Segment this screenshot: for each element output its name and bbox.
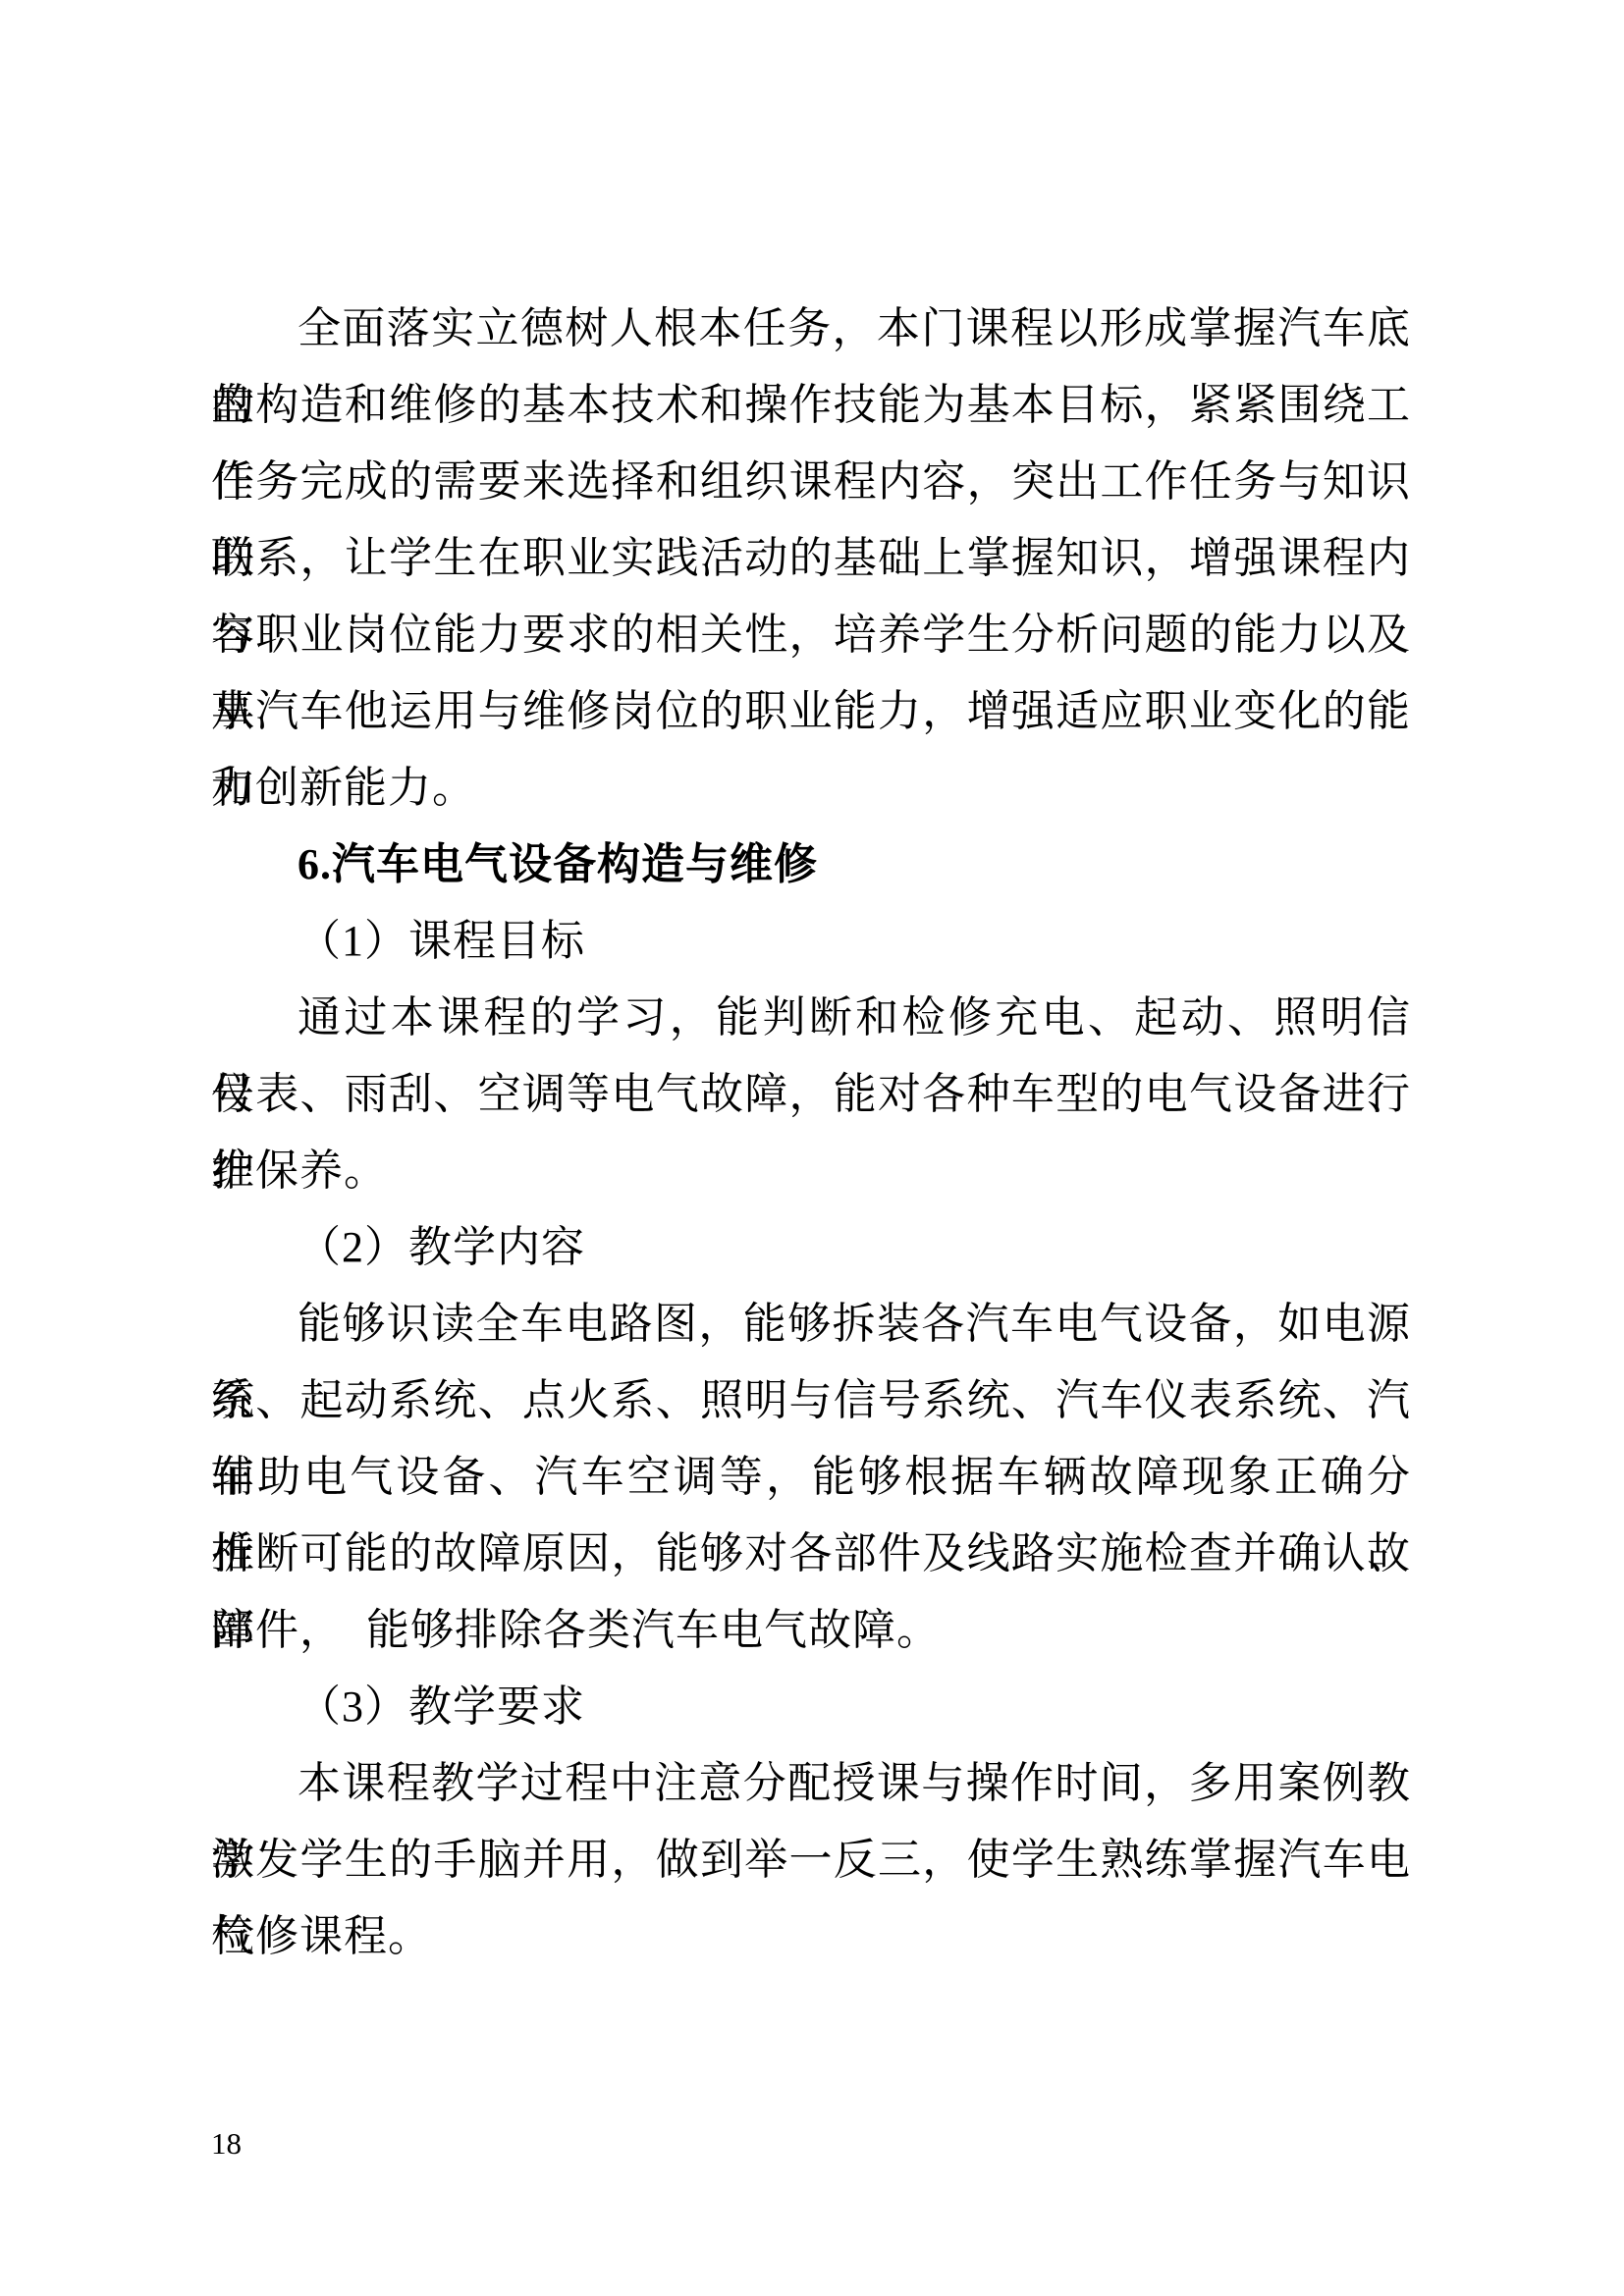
subsection-heading: （1）课程目标 [211,903,1411,980]
paragraph-line: 本课程教学过程中注意分配授课与操作时间，多用案例教学 [211,1745,1411,1822]
subsection-heading: （2）教学内容 [211,1209,1411,1286]
paragraph-line: 辅助电气设备、汽车空调等，能够根据车辆故障现象正确分析、 [211,1439,1411,1516]
paragraph-line: 通过本课程的学习，能判断和检修充电、起动、照明信号、 [211,980,1411,1056]
paragraph-line: 与职业岗位能力要求的相关性，培养学生分析问题的能力以及从 [211,597,1411,673]
section-heading: 6.汽车电气设备构造与维修 [211,827,1411,903]
subsection-heading: （3）教学要求 [211,1669,1411,1745]
paragraph-line: 激发学生的手脑并用，做到举一反三，使学生熟练掌握汽车电气 [211,1822,1411,1898]
paragraph-line: 推断可能的故障原因，能够对各部件及线路实施检查并确认故障 [211,1516,1411,1592]
paragraph-line: 任务完成的需要来选择和组织课程内容，突出工作任务与知识的 [211,444,1411,520]
paragraph-line: 检修课程。 [211,1898,1411,1975]
paragraph-line: 护保养。 [211,1133,1411,1209]
paragraph-line: 的构造和维修的基本技术和操作技能为基本目标，紧紧围绕工作 [211,367,1411,444]
text-block: 全面落实立德树人根本任务，本门课程以形成掌握汽车底盘 的构造和维修的基本技术和操… [211,291,1411,1975]
paragraph-line: 统、起动系统、点火系、照明与信号系统、汽车仪表系统、汽车 [211,1362,1411,1439]
document-page: 全面落实立德树人根本任务，本门课程以形成掌握汽车底盘 的构造和维修的基本技术和操… [0,0,1624,2296]
paragraph-line: 部件， 能够排除各类汽车电气故障。 [211,1592,1411,1669]
paragraph-line: 全面落实立德树人根本任务，本门课程以形成掌握汽车底盘 [211,291,1411,367]
paragraph-line: 仪表、雨刮、空调等电气故障，能对各种车型的电气设备进行维 [211,1056,1411,1133]
paragraph-line: 联系，让学生在职业实践活动的基础上掌握知识，增强课程内容 [211,520,1411,597]
page-number: 18 [211,2126,242,2161]
page-footer: 18 [211,2122,242,2165]
paragraph-line: 能够识读全车电路图，能够拆装各汽车电气设备，如电源系 [211,1286,1411,1362]
paragraph-line: 事汽车他运用与维修岗位的职业能力，增强适应职业变化的能力 [211,673,1411,750]
paragraph-line: 和创新能力。 [211,750,1411,827]
